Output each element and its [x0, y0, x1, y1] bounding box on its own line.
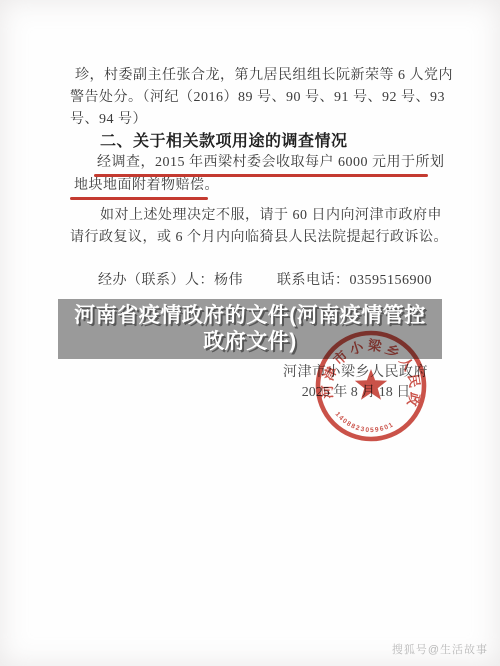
doc-line: 警告处分。（河纪（2016）89 号、90 号、91 号、92 号、93	[70, 86, 445, 106]
overlay-title-line2: 政府文件)	[203, 329, 297, 355]
screenshot-root: 珍，村委副主任张合龙，第九居民组组长阮新荣等 6 人党内 警告处分。（河纪（20…	[0, 0, 500, 666]
contact-phone: 联系电话：03595156900	[277, 273, 432, 288]
watermark-credit: 搜狐号@生活故事	[392, 641, 488, 657]
overlay-title-line1: 河南省疫情政府的文件(河南疫情管控	[74, 303, 426, 329]
document-page: 珍，村委副主任张合龙，第九居民组组长阮新荣等 6 人党内 警告处分。（河纪（20…	[0, 0, 500, 666]
seal-arc-text: 河津市小梁乡人民政府	[312, 328, 423, 411]
svg-text:河津市小梁乡人民政府: 河津市小梁乡人民政府	[312, 328, 423, 411]
doc-line: 请行政复议，或 6 个月内向临猗县人民法院提起行政诉讼。	[70, 226, 448, 246]
contact-row: 经办（联系）人：杨伟联系电话：03595156900	[98, 269, 432, 289]
doc-line: 号、94 号）	[70, 108, 147, 128]
underlined-line: 地块地面附着物赔偿。	[74, 174, 219, 194]
doc-line: 珍，村委副主任张合龙，第九居民组组长阮新荣等 6 人党内	[75, 64, 453, 84]
seal-star-icon	[355, 369, 387, 400]
doc-line: 如对上述处理决定不服，请于 60 日内向河津市政府申	[100, 204, 442, 224]
official-seal-stamp: 河津市小梁乡人民政府 1408823059601	[312, 328, 430, 446]
red-underline	[70, 197, 208, 200]
contact-person: 经办（联系）人：杨伟	[98, 273, 243, 288]
section-heading: 二、关于相关款项用途的调查情况	[100, 128, 348, 151]
underlined-line: 经调查，2015 年西梁村委会收取每户 6000 元用于所划	[97, 151, 445, 171]
